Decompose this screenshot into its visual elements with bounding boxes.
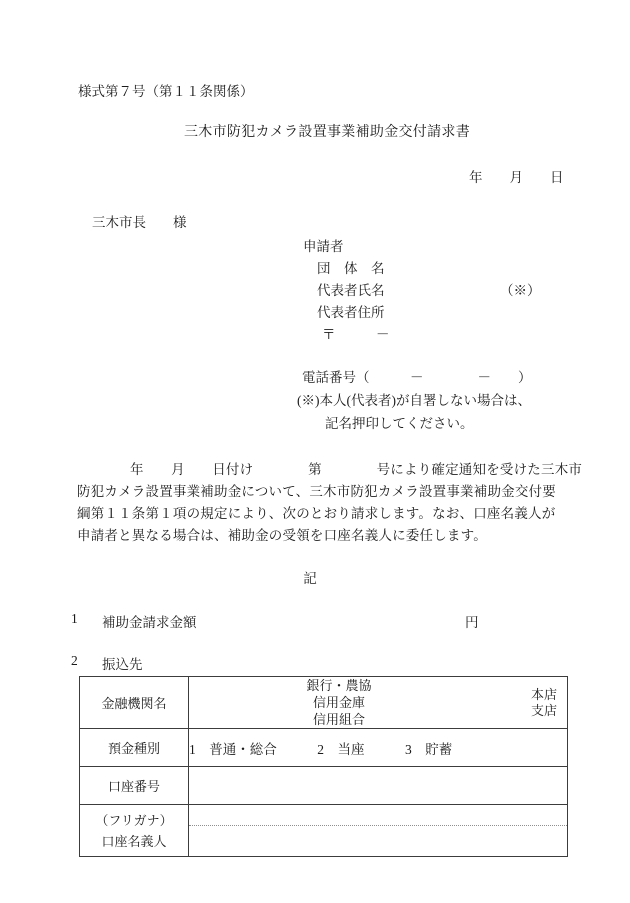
institution-type-option: 信用金庫 [189,694,489,711]
representative-address-label: 代表者住所 [317,301,385,321]
table-row: 預金種別 1 普通・総合 2 当座 3 貯蓄 [80,729,568,767]
group-name-label: 団 体 名 [317,257,385,277]
furigana-header: （フリガナ） [80,810,188,831]
branch-options: 本店 支店 [531,687,557,719]
currency-unit: 円 [465,611,479,631]
table-row: 口座番号 [80,767,568,805]
institution-type-options: 銀行・農協 信用金庫 信用組合 [189,677,489,728]
body-line: 綱第１１条第１項の規定により、次のとおり請求します。なお、口座名義人が [77,503,577,525]
account-number-value-cell [189,767,568,805]
item-request-amount: 1 補助金請求金額 円 [71,611,551,629]
account-number-header: 口座番号 [108,779,160,794]
body-line: 防犯カメラ設置事業補助金について、三木市防犯カメラ設置事業補助金交付要 [77,481,577,503]
applicant-heading: 申請者 [303,235,344,255]
record-mark: 記 [0,567,620,587]
institution-type-option: 銀行・農協 [189,677,489,694]
furigana-divider-line [189,825,567,826]
deposit-type-value-cell: 1 普通・総合 2 当座 3 貯蓄 [189,729,568,767]
item-label: 補助金請求金額 [102,611,197,631]
signature-note-line1: (※)本人(代表者)が自署しない場合は、 [297,389,531,409]
branch-option: 支店 [531,703,557,719]
account-number-header-cell: 口座番号 [80,767,189,805]
account-holder-header: 口座名義人 [80,831,188,852]
postal-code-line: 〒 － [322,323,390,343]
deposit-type-header-cell: 預金種別 [80,729,189,767]
signature-note-line2: 記名押印してください。 [325,412,474,432]
table-row: （フリガナ） 口座名義人 [80,805,568,857]
signature-marker: （※） [500,279,541,299]
institution-value-cell: 銀行・農協 信用金庫 信用組合 本店 支店 [189,677,568,729]
date-line: 年 月 日 [469,166,564,186]
document-page: 様式第７号（第１１条関係） 三木市防犯カメラ設置事業補助金交付請求書 年 月 日… [0,0,630,903]
account-holder-header-cell: （フリガナ） 口座名義人 [80,805,189,857]
body-line: 申請者と異なる場合は、補助金の受領を口座名義人に委任します。 [77,525,577,547]
institution-header-cell: 金融機関名 [80,677,189,729]
branch-option: 本店 [531,687,557,703]
transfer-table: 金融機関名 銀行・農協 信用金庫 信用組合 本店 支店 預金種別 [79,676,568,857]
institution-header: 金融機関名 [101,696,166,711]
representative-name-label: 代表者氏名 [317,279,385,299]
item-number: 1 [71,611,78,627]
addressee: 三木市長 様 [92,211,187,231]
deposit-type-options: 1 普通・総合 2 当座 3 貯蓄 [189,742,452,757]
item-transfer-destination: 2 振込先 [71,653,551,671]
institution-type-option: 信用組合 [189,711,489,728]
table-row: 金融機関名 銀行・農協 信用金庫 信用組合 本店 支店 [80,677,568,729]
body-line: 年 月 日付け 第 号により確定通知を受けた三木市 [77,459,577,481]
form-number: 様式第７号（第１１条関係） [78,80,254,100]
body-paragraph: 年 月 日付け 第 号により確定通知を受けた三木市 防犯カメラ設置事業補助金につ… [77,459,577,547]
phone-number-line: 電話番号（ － － ） [302,366,532,386]
deposit-type-header: 預金種別 [108,741,160,756]
item-label: 振込先 [102,653,143,673]
item-number: 2 [71,653,78,669]
account-holder-value-cell [189,805,568,857]
document-title: 三木市防犯カメラ設置事業補助金交付請求書 [184,121,470,141]
